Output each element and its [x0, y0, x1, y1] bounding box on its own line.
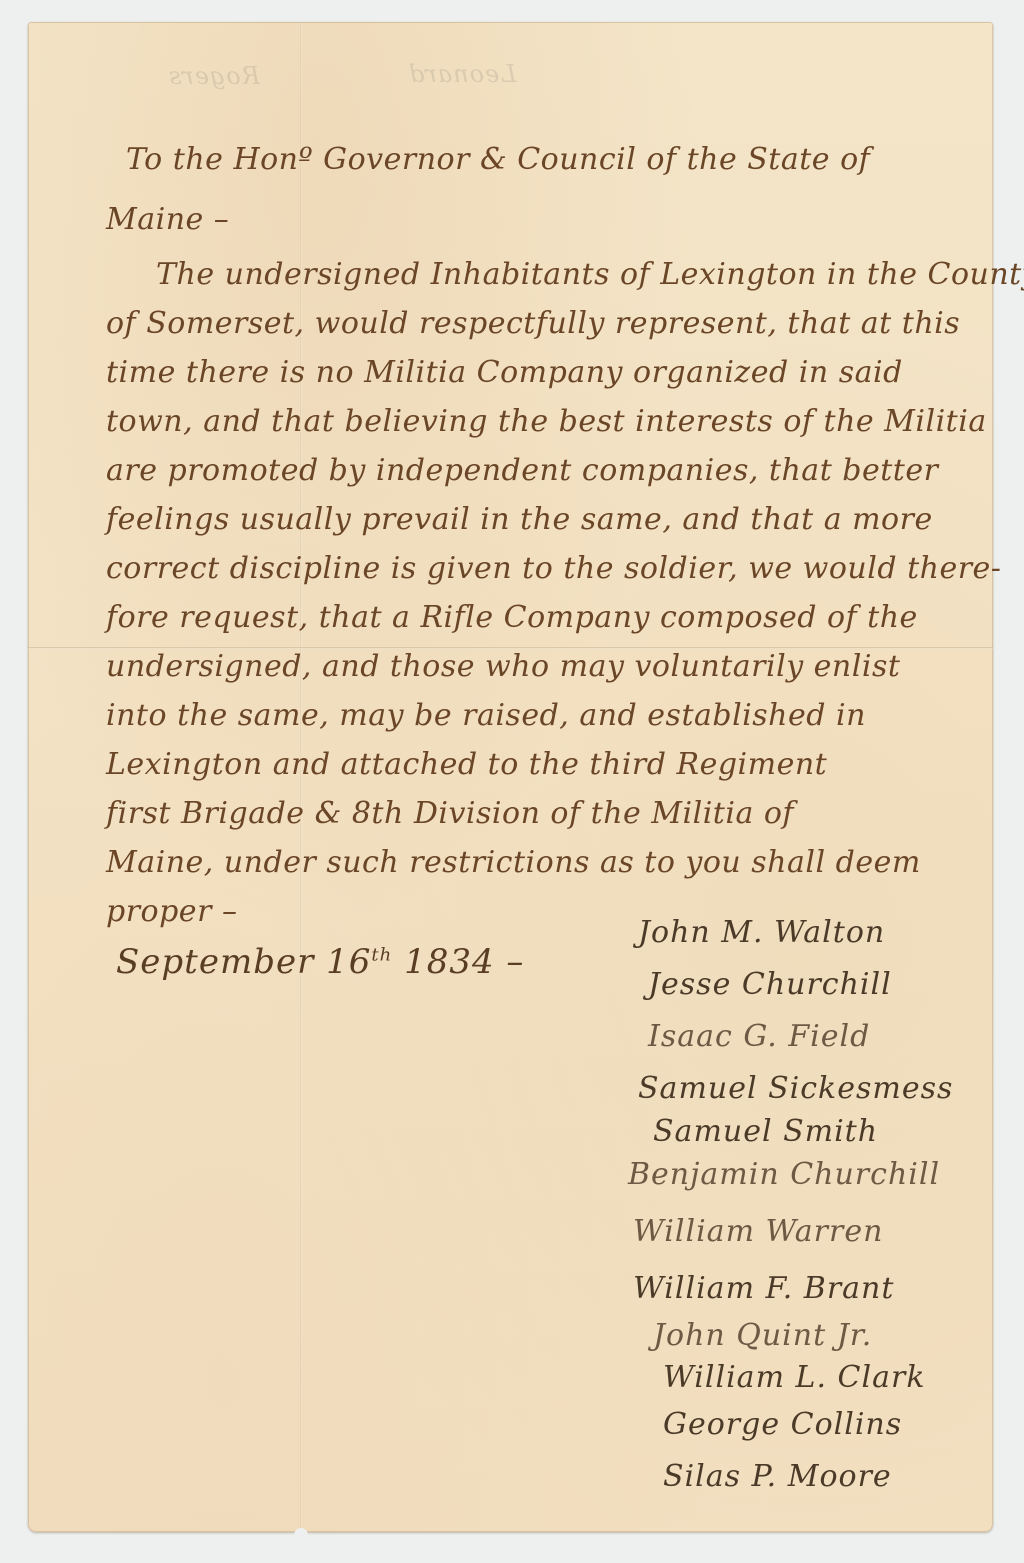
body-line: of Somerset, would respectfully represen… [106, 299, 976, 348]
salutation-line: To the Honº Governor & Council of the St… [106, 130, 976, 190]
signature: Samuel Sickesmess [618, 1063, 998, 1115]
bleed-through-text: Rogers [168, 62, 260, 90]
body-line: fore request, that a Rifle Company compo… [106, 593, 976, 642]
body-line: time there is no Militia Company organiz… [106, 348, 976, 397]
date-day-suffix: th [371, 945, 392, 966]
signature: William F. Brant [618, 1263, 998, 1315]
petition-body: To the Honº Governor & Council of the St… [106, 130, 976, 936]
date-year: 1834 – [404, 942, 524, 982]
bleed-through-text: Leonard [408, 60, 516, 88]
body-line: correct discipline is given to the soldi… [106, 544, 976, 593]
signature: George Collins [618, 1399, 998, 1451]
signature: Jesse Churchill [618, 959, 998, 1011]
body-line: Lexington and attached to the third Regi… [106, 740, 976, 789]
date-day: 16 [326, 942, 371, 982]
petition-date: September 16th 1834 – [116, 942, 524, 982]
body-line: into the same, may be raised, and establ… [106, 691, 976, 740]
manuscript-page: Leonard Rogers To the Honº Governor & Co… [28, 22, 993, 1532]
body-line: undersigned, and those who may voluntari… [106, 642, 976, 691]
body-line: town, and that believing the best intere… [106, 397, 976, 446]
body-line: Maine, under such restrictions as to you… [106, 838, 976, 887]
body-line: The undersigned Inhabitants of Lexington… [106, 250, 976, 299]
salutation-line-2: Maine – [106, 190, 976, 250]
signature: Benjamin Churchill [618, 1149, 998, 1201]
page-bottom-notch [294, 1528, 308, 1536]
date-month: September [116, 942, 314, 982]
signature: John Quint Jr. [618, 1315, 998, 1357]
signature: John M. Walton [618, 907, 998, 959]
signature: William L. Clark [618, 1357, 998, 1399]
signature-list: John M. Walton Jesse Churchill Isaac G. … [618, 907, 998, 1503]
signature: Samuel Smith [618, 1115, 998, 1149]
signature: Silas P. Moore [618, 1451, 998, 1503]
signature: Isaac G. Field [618, 1011, 998, 1063]
body-line: are promoted by independent companies, t… [106, 446, 976, 495]
signature: William Warren [618, 1201, 998, 1263]
body-line: first Brigade & 8th Division of the Mili… [106, 789, 976, 838]
body-line: feelings usually prevail in the same, an… [106, 495, 976, 544]
